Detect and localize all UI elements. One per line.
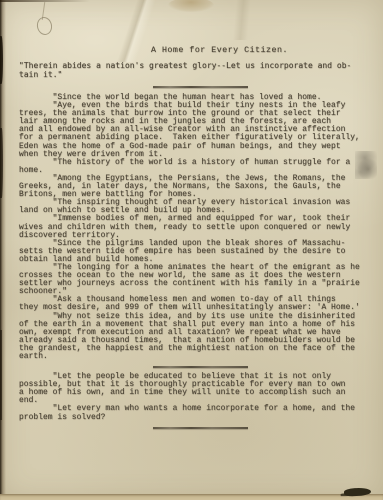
page-title: A Home for Every Citizen. [151,46,288,55]
paragraph: "The history of the world is a history o… [19,159,379,175]
paragraph: "The longing for a home animates the hea… [19,264,379,296]
paragraph: "The inspiring thought of nearly every h… [19,199,379,215]
paragraph: "Among the Egyptians, the Persians, the … [19,175,379,199]
paragraph: "Let every man who wants a home incorpor… [19,405,379,421]
scan-edge-top [0,0,90,2]
scan-edge-left [0,36,3,84]
scan-edge-left [0,330,2,420]
paragraph: "Let the people be educated to believe t… [19,373,379,405]
paragraph: "Why not seize this idea, and by its use… [19,313,379,362]
epigraph: "Therein abides a nation's greatest glor… [19,61,351,80]
typed-rule [153,427,248,429]
paperclip-mark [35,16,53,37]
paper-edge-bottom [0,494,383,500]
paragraph: "Immense bodies of men, armed and equipp… [19,215,379,239]
paragraph: "Ask a thousand homeless men and women t… [19,296,379,312]
scanned-document-page: A Home for Every Citizen. "Therein abide… [0,0,383,500]
paragraph: "Since the pilgrims landed upon the blea… [19,240,379,264]
paragraph: "Aye, even the birds that build their ti… [19,102,379,159]
typed-rule [153,366,248,368]
scan-edge-left [0,128,3,198]
typed-rule [153,86,248,88]
